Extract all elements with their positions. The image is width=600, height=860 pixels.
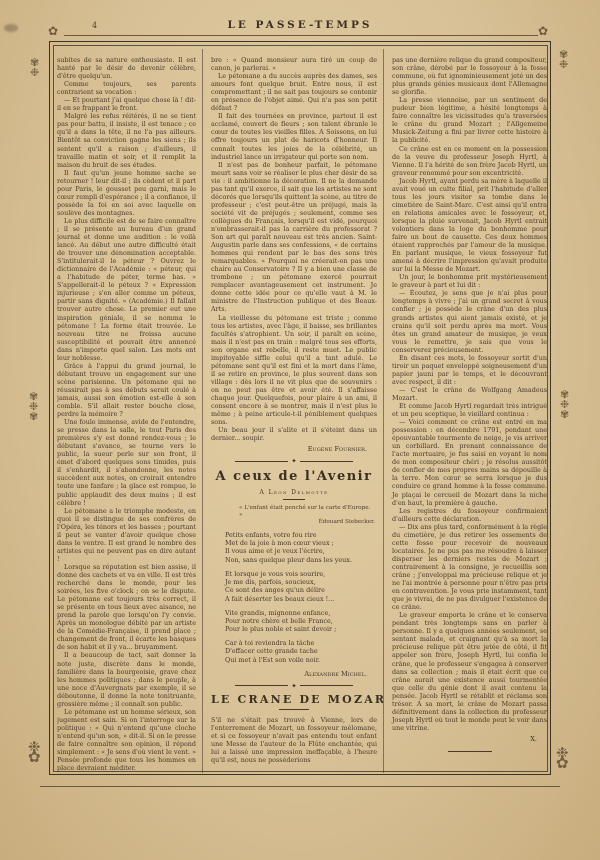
divider-rule: [235, 461, 288, 462]
poem-dedication: A Léon Delmotte: [211, 489, 377, 496]
side-flourish-icon: ✾❉✾: [29, 392, 38, 422]
corner-flourish-icon: ❉✿: [28, 742, 41, 762]
poem-stanza: Vite grandis, mignonne enfance,Pour notr…: [225, 609, 377, 634]
paragraph: Le pétomane a le triomphe modeste, en qu…: [57, 507, 196, 563]
paragraph: Les registres du fossoyeur confirmaient …: [392, 507, 547, 523]
paragraph: — Dix ans plus tard, conformément à la r…: [392, 523, 547, 612]
paragraph: Un jour, le bonhomme prit mystérieusemen…: [392, 273, 547, 289]
poem-line: Car à toi reviendra la tâche: [225, 639, 377, 647]
paragraph: — C'est le crâne de Wolfgang Amadeus Moz…: [392, 386, 547, 402]
poem-body: Petits enfants, votre fou rireMet de la …: [225, 531, 377, 664]
paragraph: Ce crâne est en ce moment en la possessi…: [392, 145, 547, 177]
poem-line: Qui met à l'Est son voile noir.: [225, 656, 377, 664]
paragraph: bre : « Quand monsieur aura tiré un coup…: [211, 56, 377, 72]
rosette-icon: ✿: [48, 24, 58, 38]
epigraph-text: « L'enfant était penché sur la carte d'E…: [239, 505, 375, 519]
page-content: subites de sa nature enthousiaste. Il es…: [57, 49, 547, 773]
poem-line: Pour notre chère et belle France,: [225, 617, 377, 625]
paragraph: Une foule immense, avide de l'entendre, …: [57, 418, 196, 507]
diamond-icon: ✦: [291, 458, 296, 464]
paragraph: Grâce à l'appui du grand journal, le déb…: [57, 362, 196, 418]
end-rule: [448, 751, 492, 752]
poem-line: Petits enfants, votre fou rire: [225, 531, 377, 539]
newspaper-title: LE PASSE-TEMPS: [0, 19, 600, 31]
paragraph: pas une dernière relique du grand compos…: [392, 56, 547, 96]
paragraph: — Et pourtant j'ai quelque chose là ! di…: [57, 96, 196, 112]
author-signature: Eugène Fournier.: [211, 445, 367, 453]
paragraph: Il n'est pas de bonheur parfait, le péto…: [211, 161, 377, 314]
newspaper-page: 4 LE PASSE-TEMPS ✿ ✿ ✾❉ ✾❉✾ ❉✿ ✾❉ ✾❉✾ ❉✿…: [0, 0, 600, 860]
poem-title: A ceux de l'Avenir: [211, 469, 377, 484]
author-signature: Alexandre Michel.: [211, 670, 367, 678]
paragraph: — Écoutez, je sens que je n'ai plus pour…: [392, 289, 547, 353]
poem-line: A fait déserter les beaux cieux !...: [225, 595, 377, 603]
paragraph: Il ne manque pas d'esprit. Dînant chez u…: [57, 772, 196, 773]
petomane-article-col1: subites de sa nature enthousiaste. Il es…: [57, 56, 196, 773]
paragraph: Il fait des tournées en province, partou…: [211, 112, 377, 160]
poem-line: Pour le plus noble et saint devoir ;: [225, 625, 377, 633]
paragraph: — Voici comment ce crâne est entré en ma…: [392, 418, 547, 507]
side-flourish-icon: ✾❉✾: [560, 390, 569, 420]
paragraph: Le plus difficile est de se faire connaî…: [57, 217, 196, 362]
column-3: pas une dernière relique du grand compos…: [383, 49, 547, 773]
poem-stanza: Car à toi reviendra la tâcheD'effacer ce…: [225, 639, 377, 664]
header-rule: [64, 35, 538, 36]
paragraph: Lorsque sa réputation est bien assise, i…: [57, 563, 196, 652]
paragraph: Le pétomane a du succès auprès des dames…: [211, 72, 377, 112]
column-2: bre : « Quand monsieur aura tiré un coup…: [202, 49, 383, 773]
poem-line: Je me dis, parfois, soucieux,: [225, 578, 377, 586]
epigraph-author: Édouard Siebecker.: [239, 519, 375, 526]
side-flourish-icon: ✾❉: [559, 50, 568, 70]
paragraph: Il faut qu'un jeune homme sache se retou…: [57, 169, 196, 217]
paragraph: En disant ces mots, le fossoyeur sortit …: [392, 354, 547, 386]
author-signature: X.: [392, 735, 537, 743]
paragraph: Le graveur emporta le crâne et le conser…: [392, 611, 547, 732]
paragraph: S'il ne s'était pas trouvé à Vienne, lor…: [211, 716, 377, 764]
paragraph: Le pétomane est un homme sérieux, son ju…: [57, 708, 196, 772]
paragraph: Et comme Jacob Hyrtl regardait très intr…: [392, 402, 547, 418]
title-rule: [279, 709, 309, 710]
paragraph: Malgré les refus réitérés, il ne se tien…: [57, 112, 196, 168]
divider-rule: [300, 685, 353, 686]
dedication-rule: [283, 499, 305, 500]
corner-flourish-icon: ❉✿: [556, 748, 569, 768]
divider-rule: [300, 461, 353, 462]
paragraph: subites de sa nature enthousiaste. Il es…: [57, 56, 196, 80]
footer-rule: [40, 786, 560, 787]
poem-stanza: Petits enfants, votre fou rireMet de la …: [225, 531, 377, 564]
paragraph: Un beau jour il s'alite et il s'éteint d…: [211, 426, 377, 442]
diamond-icon: ✦: [291, 683, 296, 689]
rosette-icon: ✿: [538, 24, 548, 38]
mozart-article-col2: S'il ne s'était pas trouvé à Vienne, lor…: [211, 716, 377, 764]
poem-epigraph: « L'enfant était penché sur la carte d'E…: [239, 505, 375, 526]
poem-line: Et lorsque je vous vois sourire,: [225, 570, 377, 578]
mozart-article-col3: pas une dernière relique du grand compos…: [392, 56, 547, 732]
paragraph: Comme toujours, ses parents contrarient …: [57, 80, 196, 96]
paragraph: Il a beaucoup de tact, sait donner la no…: [57, 651, 196, 707]
mozart-article-title: LE CRANE DE MOZART: [211, 693, 377, 706]
paragraph: Jacob Hyrtl, ayant perdu sa mère à laque…: [392, 177, 547, 274]
poem-line: Non, sans quelque pleur dans les yeux.: [225, 556, 377, 564]
paragraph: La vieillesse du pétomane est triste ; c…: [211, 314, 377, 427]
poem-line: Vite grandis, mignonne enfance,: [225, 609, 377, 617]
divider-rule: [235, 685, 288, 686]
poem-line: D'effacer cette grande tache: [225, 647, 377, 655]
petomane-article-col2: bre : « Quand monsieur aura tiré un coup…: [211, 56, 377, 442]
poem-line: Il vous aime et je veux l'écrire,: [225, 547, 377, 555]
poem-line: Ce sont des anges qu'un délire: [225, 586, 377, 594]
poem-line: Met de la joie à mon cœur vieux ;: [225, 539, 377, 547]
section-divider: ✦: [235, 458, 353, 464]
section-divider: ✦: [235, 683, 353, 689]
poem-stanza: Et lorsque je vous vois sourire,Je me di…: [225, 570, 377, 603]
side-flourish-icon: ✾❉: [30, 58, 39, 78]
column-1: subites de sa nature enthousiaste. Il es…: [57, 49, 202, 773]
paragraph: La presse viennoise, par un sentiment de…: [392, 96, 547, 144]
